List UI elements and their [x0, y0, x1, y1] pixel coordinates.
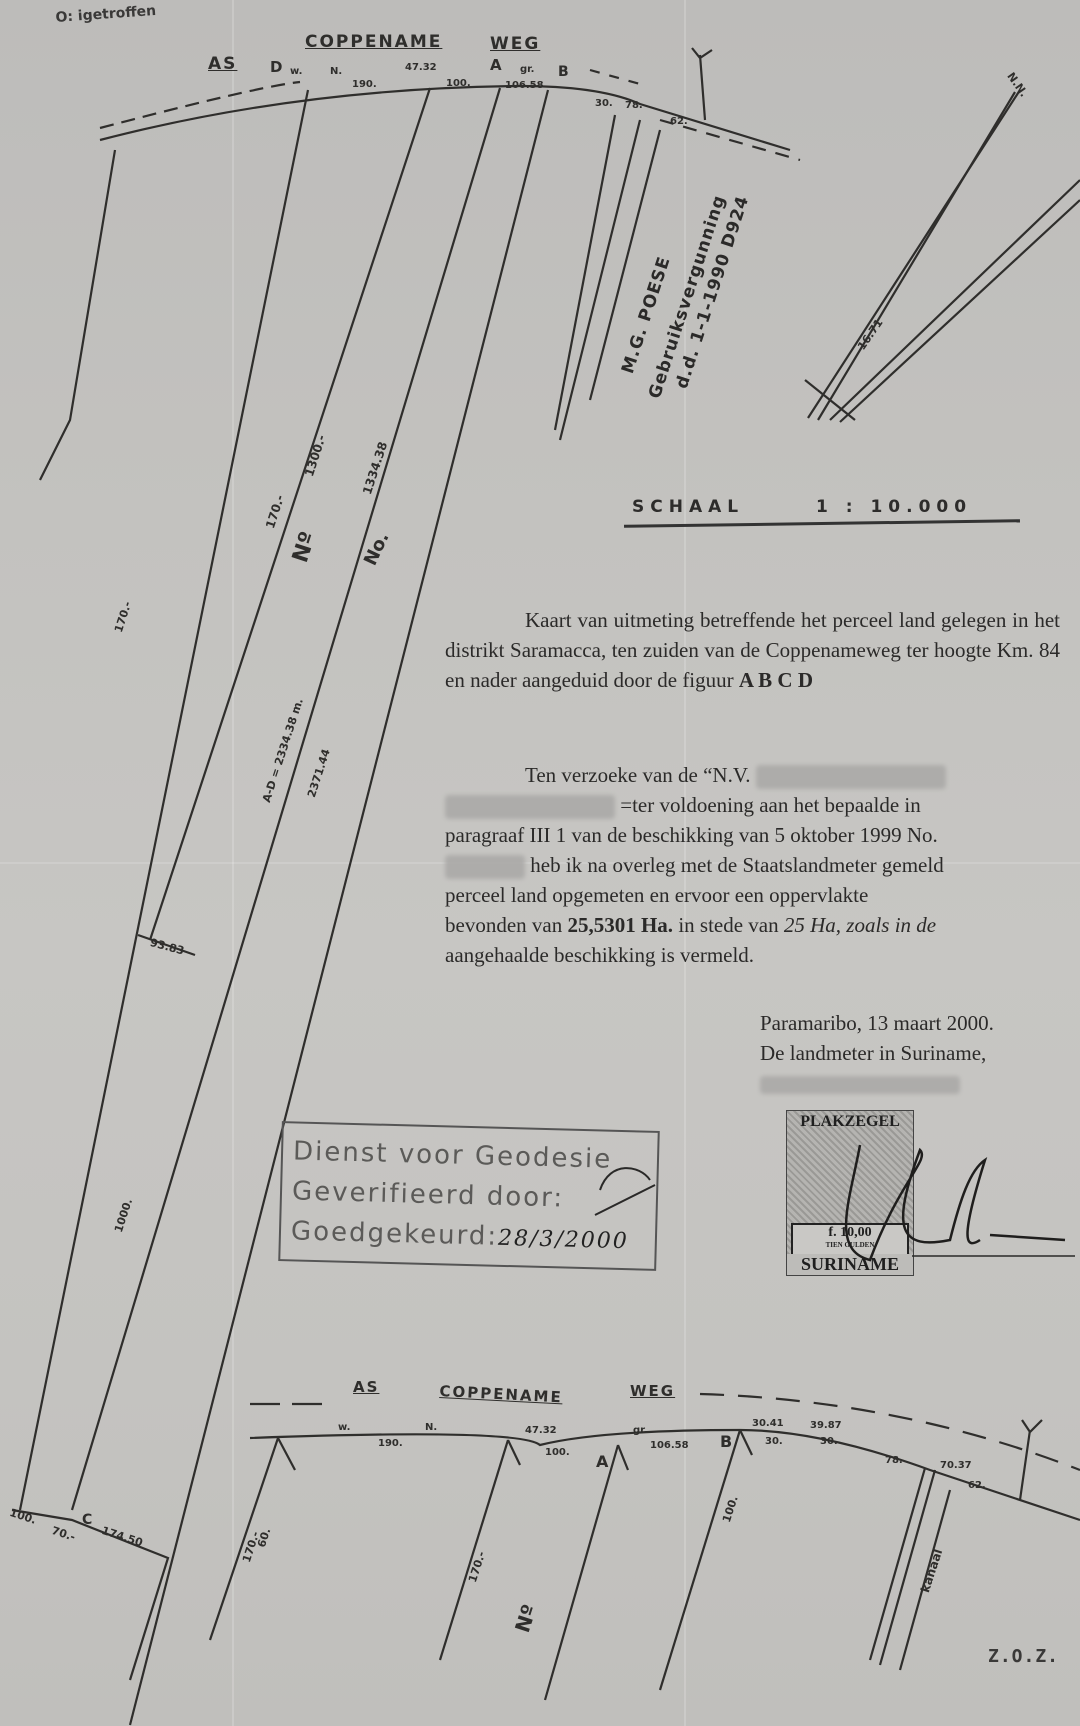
measurement-label: w.	[338, 1422, 350, 1433]
point-label-b-bottom: B	[720, 1432, 732, 1451]
turn-over-note: Z.O.Z.	[988, 1646, 1059, 1667]
measurement-label: N.	[425, 1422, 437, 1433]
measurement-label: 39.87	[810, 1420, 842, 1431]
measurement-label: 70.37	[940, 1460, 972, 1471]
signature-mark	[0, 0, 1080, 1726]
measurement-label: 30.41	[752, 1418, 784, 1429]
measurement-label: 47.32	[525, 1425, 557, 1436]
measurement-label: 62.	[968, 1480, 986, 1491]
measurement-label: 190.	[378, 1438, 403, 1449]
road-label-as-bottom: AS	[353, 1378, 379, 1396]
measurement-label: 30.	[820, 1436, 838, 1447]
point-label-c-bottom: C	[82, 1512, 92, 1528]
measurement-label: 100.	[545, 1447, 570, 1458]
point-label-a-bottom: A	[596, 1452, 608, 1471]
measurement-label: 78.	[885, 1455, 903, 1466]
measurement-label: 106.58	[650, 1440, 689, 1451]
road-label-weg-bottom: WEG	[630, 1382, 675, 1400]
measurement-label: gr.	[633, 1425, 647, 1436]
document-page: O: igetroffen AS COPPENAME WEG D A B w. …	[0, 0, 1080, 1726]
measurement-label: 30.	[765, 1436, 783, 1447]
